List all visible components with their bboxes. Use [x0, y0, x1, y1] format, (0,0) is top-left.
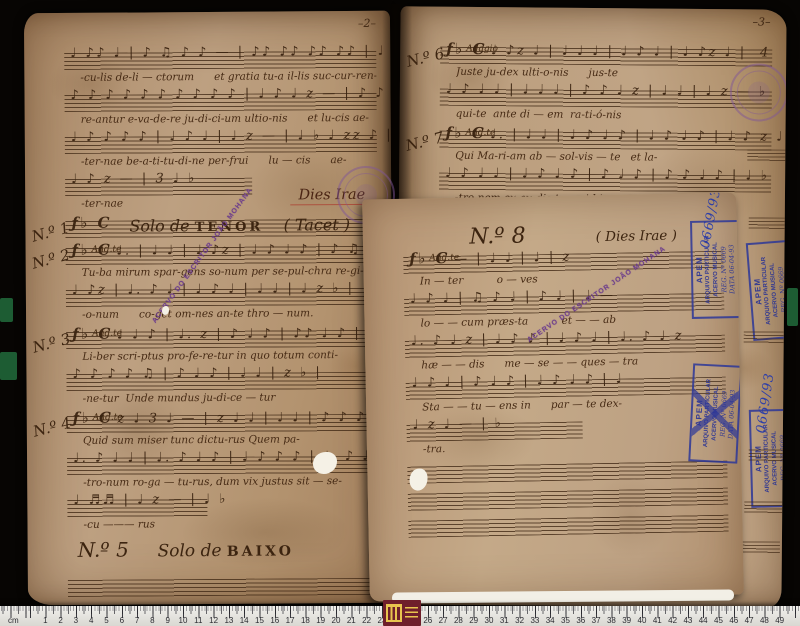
notes-line: ƒ♭ C♩. | ♩ ♩ | ♩ ♪ ♩ ♪ | ♩ ♪ ♩ ♪ | ♩ ♪ z… [445, 124, 786, 145]
logo-text-lines [405, 607, 418, 619]
note-glyphs: ♩. ♪ ♩ ♩ | ♩. ♪ ♩ ♪ | ♩ ♪ ♪ ♪ | ♩. ♪ ♩ ♪… [73, 449, 394, 466]
staff-system: ♩ ♪ ♩ | ♪ ♩ ♪ | ♩ ♪ ♩ ♪ | ♩Sta — — tu — … [406, 377, 727, 415]
ruler-number: 38 [607, 616, 616, 625]
staff: ƒ♭ C♩. | ♩ ♩ | ♩ ♪z | ♩ ♪ ♩ ♪ | ♪ ♫ ♪ | … [66, 246, 378, 265]
notes-line: ƒ♭ C— | ♩ ♩ | ♩ | z [409, 247, 572, 268]
lyrics-line: Tu-ba mirum spar-gens so-num per se-pul-… [82, 265, 378, 280]
ruler-number: 29 [469, 616, 478, 625]
lyrics-line: -ne-tur Unde mundus ju-di-ce — tur [83, 391, 379, 406]
lyrics-line: -ter-nae be-a-ti-tu-di-ne per-frui lu — … [81, 154, 377, 169]
note-glyphs: ♩ ♬♬ | ♩ z — | ♩ ♭ [73, 492, 228, 508]
lyrics-line: Juste ju-dex ulti-o-nis jus-te [456, 66, 772, 82]
staff-system: ♩. ♪ ♩ z | ♩ ♪ ♪ | ♩ ♪ ♩ | ♩. ♪ ♩ zhæ — … [405, 335, 726, 373]
ruler-number: 12 [209, 616, 218, 625]
stamp-line: DATA 06-04-93 [786, 414, 787, 502]
note-glyphs: ♩ ♩ ♪ | ♩. z | ♪ ♩ ♪ | ♪♪ ♩ ♪ | ♩ ♪♪ ♫ ♪… [117, 325, 394, 342]
ruler-number: 35 [561, 616, 570, 625]
note-glyphs: ♩. | ♩ ♩ | ♩ ♪z | ♩ ♪ ♩ ♪ | ♪ ♫ ♪ | ♪♪ ♪… [116, 241, 394, 258]
archive-logo [383, 600, 421, 626]
staff-system: N.º 6Adagioƒ♭ C♩ ♪z ♩ | ♩ ♩ ♩ | ♩ ♪ ♩ | … [440, 47, 772, 82]
loose-sheet-music: And.teƒ♭ C— | ♩ ♩ | ♩ | zIn — ter o — ve… [363, 250, 742, 538]
section-subtitle: ( Dies Irae ) [595, 228, 677, 246]
ruler-number: 2 [58, 616, 62, 625]
ruler-number: 4 [89, 616, 93, 625]
clef-icon: ƒ♭ C [72, 241, 113, 259]
ruler-number: 36 [576, 616, 585, 625]
notes-line: ♩ ♪ ♩ ♩ | ♩ ♩ ♩ | ♪ ♪ ♩ z | ♩ ♩ | ♩ z — … [446, 82, 768, 100]
notes-line: ♩ ♪♪ ♩ | ♪ ♫ ♪ ♪ — | ♪♪ ♪♪ ♪♪ ♪♪ | ♩ ♪z … [70, 43, 394, 61]
right-page-music: N.º 6Adagioƒ♭ C♩ ♪z ♩ | ♩ ♩ ♩ | ♩ ♪ ♩ | … [399, 6, 787, 207]
staff-fragment [749, 449, 787, 461]
ruler-number: 42 [668, 616, 677, 625]
heading-number: N.º 5 [78, 538, 129, 562]
ruler-number: 1 [43, 616, 47, 625]
staff: ♪ ♪ ♪ ♪ ♪ ♪ ♪ ♪ ♪ ♪ | ♩ ♪ ♩ z — | ♪ ♪ ♪ … [65, 93, 377, 112]
staff: ♩ ♪♪ ♩ | ♪ ♫ ♪ ♪ — | ♪♪ ♪♪ ♪♪ ♪♪ | ♩ ♪z … [64, 51, 376, 70]
staff-system: ♪ ♪ ♪ ♪ ♪ ♪ ♪ ♪ ♪ ♪ | ♩ ♪ ♩ z — | ♪ ♪ ♪ … [65, 93, 377, 127]
ruler-number: 30 [485, 616, 494, 625]
ruler-number: 39 [622, 616, 631, 625]
ruler-number: 7 [135, 616, 139, 625]
staff [408, 515, 728, 538]
note-glyphs: ♩ ♪z | ♩. ♪ ♩ | ♩ ♪ ♩ | ♩ ♩ | ♩ z ♭ | [72, 281, 355, 298]
binding-cloth-fragment [0, 352, 17, 380]
notes-line: ♩. ♪ ♩ ♩ | ♩. ♪ ♩ ♪ | ♩ ♪ ♪ ♪ | ♩. ♪ ♩ ♪… [73, 449, 394, 466]
note-glyphs: ♩ ♪ ♩ ♩ | ♩ ♩ ♩ | ♪ ♪ ♩ z | ♩ ♩ | ♩ z — … [446, 82, 768, 100]
notes-line: ♩ ♪ z — | 3 ♩ ♭ [71, 171, 197, 187]
notes-line: ƒ♭ C♩ ♪z ♩ | ♩ ♩ ♩ | ♩ ♪ ♩ | ♩ ♪z ♩ | 4 [446, 40, 771, 61]
round-archive-stamp-icon [730, 63, 787, 122]
staff-system: — segue — [68, 578, 380, 605]
staff: ♩ ♪z | ♩. ♪ ♩ | ♩ ♪ ♩ | ♩ ♩ | ♩ z ♭ | [66, 288, 378, 307]
staff-fragment [747, 149, 786, 161]
binding-cloth-fragment [0, 298, 13, 322]
notes-line: ♩ ♪ ♩ ♩ | ♩ ♪ ♩ ♪ | ♪ ♩ ♪ | ♪ ♪ ♩ ♪ | ♩ … [445, 166, 769, 184]
ruler-number: 6 [120, 616, 124, 625]
staff-system: ♩ ♪z | ♩. ♪ ♩ | ♩ ♪ ♩ | ♩ ♩ | ♩ z ♭ |-o-… [66, 288, 378, 322]
ruler-number: 26 [423, 616, 432, 625]
note-glyphs: ♪ ♪ ♪ ♪ ♪ ♪ ♪ ♪ ♪ ♪ | ♩ ♪ ♩ z — | ♪ ♪ ♪ … [70, 85, 394, 103]
ruler-number: 18 [301, 616, 310, 625]
section-heading-n8: N.º 8( Dies Irae ) [362, 192, 737, 247]
ruler-number: 34 [546, 616, 555, 625]
clef-icon: ƒ♭ C [445, 124, 486, 142]
note-glyphs: ♩. | ♩ ♩ | ♩ ♪ ♩ ♪ | ♩ ♪ ♩ ♪ | ♩ ♪ z ♩ |… [490, 127, 786, 145]
heading-script: ( Tacet ) [263, 215, 350, 235]
lyrics-line: -o-num co-get om-nes an-te thro — num. [82, 307, 378, 322]
note-glyphs: ♩ ♪ ♪ ♪ ♪ | ♩ ♪ ♩ | ♩ z — | ♩ ♭ ♩ zz ♪ | [71, 128, 393, 145]
ruler-number: 20 [332, 616, 341, 625]
ruler-number: 46 [729, 616, 738, 625]
staff-heading: Solo de TENOR ( Tacet ) [129, 215, 350, 236]
note-glyphs: z ♩ 3 ♩ — | z ♩ ♩ | ♩ ♩ | ♪ ♪ ♪ ♫ ♪♪ | [117, 409, 394, 426]
ruler-number: 43 [683, 616, 692, 625]
staff-system: ♩ z ♩ — | ♭-tra. [407, 419, 728, 457]
staff-system: N.º 3And.teƒ♭ C♩ ♩ ♪ | ♩. z | ♪ ♩ ♪ | ♪♪… [66, 330, 378, 364]
ruler-number: 10 [179, 616, 188, 625]
ruler-unit-label: cm [8, 616, 19, 625]
staff-system [408, 515, 728, 538]
note-glyphs: ♩ ♪ z — | 3 ♩ ♭ [71, 171, 197, 187]
notes-line: ♩ z ♩ — | ♭ [412, 416, 503, 433]
staff: ♩ ♪ ♪ ♪ ♪ | ♩ ♪ ♩ | ♩ z — | ♩ ♭ ♩ zz ♪ | [65, 135, 377, 154]
clef-icon: ƒ♭ C [73, 409, 114, 427]
ruler-number: 9 [165, 616, 169, 625]
staff: ƒ♭ C♩ ♩ ♪ | ♩. z | ♪ ♩ ♪ | ♪♪ ♩ ♪ | ♩ ♪♪… [66, 330, 378, 349]
ruler-number: 14 [240, 616, 249, 625]
note-glyphs: ♩ ♪ ♩ | ♪ ♩ ♪ | ♩ ♪ ♩ ♪ | ♩ [412, 372, 625, 391]
staff-system: N.º 2And.teƒ♭ C♩. | ♩ ♩ | ♩ ♪z | ♩ ♪ ♩ ♪… [66, 246, 378, 280]
staff-fragment [740, 541, 780, 553]
lyrics-line: Li-ber scri-ptus pro-fe-re-tur in quo to… [82, 349, 378, 364]
building-icon [386, 604, 402, 622]
staff-system: N.º 7And.teƒ♭ C♩. | ♩ ♩ | ♩ ♪ ♩ ♪ | ♩ ♪ … [439, 131, 771, 166]
staff: ƒ♭ Cz ♩ 3 ♩ — | z ♩ ♩ | ♩ ♩ | ♪ ♪ ♪ ♫ ♪♪… [67, 414, 379, 433]
staff: ♩ ♪ z — | 3 ♩ ♭ [65, 178, 252, 196]
ruler-number: 40 [638, 616, 647, 625]
notes-line: ƒ♭ Cz ♩ 3 ♩ — | z ♩ ♩ | ♩ ♩ | ♪ ♪ ♪ ♫ ♪♪… [73, 406, 394, 426]
staff [408, 488, 728, 511]
section-heading: N.º 5 Solo de BAIXO [68, 536, 380, 570]
ruler-number: 45 [714, 616, 723, 625]
ruler-number: 32 [515, 616, 524, 625]
heading-script: Solo de [129, 216, 194, 235]
ruler-number: 16 [270, 616, 279, 625]
staff-system: ♩ ♪♪ ♩ | ♪ ♫ ♪ ♪ — | ♪♪ ♪♪ ♪♪ ♪♪ | ♩ ♪z … [64, 51, 376, 85]
staff-system [408, 488, 728, 511]
staff-system [407, 461, 727, 484]
lyrics-line: -cu-lis de-li — ctorum et gratia tu-a il… [80, 70, 376, 85]
note-glyphs: — | ♩ ♩ | ♩ | z [454, 250, 572, 267]
ruler-number: 3 [74, 616, 78, 625]
notes-line: ♪ ♪ ♪ ♪ ♫ | ♪ ♩ ♪ | ♩ ♩ | z ♭ | [72, 365, 322, 382]
clef-icon: ƒ♭ C [71, 214, 112, 232]
clef-icon: ƒ♭ C [409, 249, 450, 268]
ruler-number: 41 [653, 616, 662, 625]
lyrics-line: -tro-num ro-ga — tu-rus, dum vix justus … [83, 475, 379, 490]
ruler-number: 37 [592, 616, 601, 625]
staff-system: ♩ ♪ z — | 3 ♩ ♭-ter-naeDies Irae [65, 177, 377, 211]
ruler-number: 44 [699, 616, 708, 625]
staff-system: And.teƒ♭ C— | ♩ ♩ | ♩ | zIn — ter o — ve… [403, 251, 724, 289]
manuscript-scan: –2– ♩ ♪♪ ♩ | ♪ ♫ ♪ ♪ — | ♪♪ ♪♪ ♪♪ ♪♪ | ♩… [0, 0, 800, 626]
note-glyphs: ♪ ♪ ♪ ♪ ♫ | ♪ ♩ ♪ | ♩ ♩ | z ♭ | [72, 365, 322, 382]
notes-line: ƒ♭ C [71, 214, 116, 232]
ruler-number: 11 [194, 616, 202, 625]
ruler-number: 28 [454, 616, 463, 625]
lyrics-line: -cu ——— rus [83, 517, 379, 532]
segue-marking: — segue — [68, 601, 380, 605]
voice-name: BAIXO [227, 543, 294, 559]
ruler-number: 27 [439, 616, 448, 625]
staff: ♩ ♪ ♩ ♩ | ♩ ♩ ♩ | ♪ ♪ ♩ z | ♩ ♩ | ♩ z — … [440, 89, 772, 109]
note-glyphs: ♩ z ♩ — | ♭ [412, 416, 503, 433]
note-glyphs: ♩ ♪z ♩ | ♩ ♩ ♩ | ♩ ♪ ♩ | ♩ ♪z ♩ | 4 [491, 43, 771, 60]
notes-line: ♩ ♪ ♩ | ♪ ♩ ♪ | ♩ ♪ ♩ ♪ | ♩ [412, 372, 625, 391]
staff-fragment [744, 501, 784, 513]
cross-out-mark [690, 365, 740, 461]
archive-registry-stamp: APEMARQUIVO PARTICULARACERVO MUSICALREG.… [746, 239, 787, 341]
staff [68, 578, 380, 597]
lyrics-line: Qui Ma-ri-am ab — sol-vis — te et la- [455, 150, 771, 166]
staff-system: ♩ ♬♬ | ♩ z — | ♩ ♭-cu ——— rus [67, 498, 379, 532]
lyrics-line: qui-te ante di — em ra-ti-ó-nis [456, 108, 772, 124]
staff-system: ♩ ♪ ♩ ♩ | ♩ ♩ ♩ | ♪ ♪ ♩ z | ♩ ♩ | ♩ z — … [440, 89, 772, 124]
clef-icon: ƒ♭ C [446, 40, 487, 58]
ruler-number: 21 [347, 616, 356, 625]
staff-system: N.º 4And.teƒ♭ Cz ♩ 3 ♩ — | z ♩ ♩ | ♩ ♩ |… [67, 414, 379, 448]
notes-line: ƒ♭ C♩ ♩ ♪ | ♩. z | ♪ ♩ ♪ | ♪♪ ♩ ♪ | ♩ ♪♪… [72, 322, 394, 343]
section-number: N.º 8 [469, 223, 526, 249]
ruler-number: 8 [150, 616, 154, 625]
loose-sheet: N.º 8( Dies Irae ) And.teƒ♭ C— | ♩ ♩ | ♩… [362, 192, 744, 601]
ruler-number: 15 [255, 616, 264, 625]
left-page-music: ♩ ♪♪ ♩ | ♪ ♫ ♪ ♪ — | ♪♪ ♪♪ ♪♪ ♪♪ | ♩ ♪z … [24, 11, 394, 606]
lyrics-line: re-antur e-va-de-re ju-di-ci-um ultio-ni… [81, 112, 377, 127]
staff-fragment [749, 217, 787, 229]
ruler-number: 5 [104, 616, 108, 625]
binding-cloth-fragment [787, 288, 798, 326]
clef-icon: ƒ♭ C [72, 325, 113, 343]
left-page: –2– ♩ ♪♪ ♩ | ♪ ♫ ♪ ♪ — | ♪♪ ♪♪ ♪♪ ♪♪ | ♩… [24, 11, 394, 606]
staff: ♪ ♪ ♪ ♪ ♫ | ♪ ♩ ♪ | ♩ ♩ | z ♭ | [66, 372, 378, 391]
ruler-number: 48 [760, 616, 769, 625]
ruler-number: 31 [500, 616, 509, 625]
staff: ♩ z ♩ — | ♭ [407, 421, 583, 441]
heading-script: Solo de [147, 541, 227, 562]
archive-registry-stamp: APEMARQUIVO PARTICULARACERVO MUSICALREG.… [688, 363, 742, 463]
staff: ƒ♭ C♩ ♪z ♩ | ♩ ♩ ♩ | ♩ ♪ ♩ | ♩ ♪z ♩ | 4 [440, 47, 772, 67]
ruler-number: 33 [530, 616, 539, 625]
ruler-number: 47 [745, 616, 754, 625]
staff: ♩ ♬♬ | ♩ z — | ♩ ♭ [67, 499, 208, 517]
staff-system: ♩ ♪ ♪ ♪ ♪ | ♩ ♪ ♩ | ♩ z — | ♩ ♭ ♩ zz ♪ |… [65, 135, 377, 169]
notes-line: ƒ♭ C♩. | ♩ ♩ | ♩ ♪z | ♩ ♪ ♩ ♪ | ♪ ♫ ♪ | … [72, 238, 395, 259]
staff-fragment [744, 331, 784, 343]
staff [407, 461, 727, 484]
lyrics-line: Quid sum miser tunc dictu-rus Quem pa- [83, 433, 379, 448]
staff: ƒ♭ C♩. | ♩ ♩ | ♩ ♪ ♩ ♪ | ♩ ♪ ♩ ♪ | ♩ ♪ z… [439, 131, 771, 151]
staff: ♩ ♪ ♩ ♩ | ♩ ♪ ♩ ♪ | ♪ ♩ ♪ | ♪ ♪ ♩ ♪ | ♩ … [439, 173, 771, 193]
notes-line: ♩ ♪ ♪ ♪ ♪ | ♩ ♪ ♩ | ♩ z — | ♩ ♭ ♩ zz ♪ | [71, 128, 393, 145]
ruler-number: 22 [362, 616, 371, 625]
note-glyphs: ♩ ♪ ♩ ♩ | ♩ ♪ ♩ ♪ | ♪ ♩ ♪ | ♪ ♪ ♩ ♪ | ♩ … [445, 166, 769, 184]
ruler-number: 13 [224, 616, 233, 625]
ruler-number: 19 [316, 616, 325, 625]
staff-system: ♪ ♪ ♪ ♪ ♫ | ♪ ♩ ♪ | ♩ ♩ | z ♭ |-ne-tur U… [66, 372, 378, 406]
ruler-number: 17 [286, 616, 295, 625]
notes-line: ♪ ♪ ♪ ♪ ♪ ♪ ♪ ♪ ♪ ♪ | ♩ ♪ ♩ z — | ♪ ♪ ♪ … [70, 85, 394, 103]
notes-line: ♩ ♬♬ | ♩ z — | ♩ ♭ [73, 492, 228, 508]
stamp-line: DATA 06-04-93 [727, 225, 737, 313]
ruler-number: 49 [775, 616, 784, 625]
note-glyphs: ♩ ♪♪ ♩ | ♪ ♫ ♪ ♪ — | ♪♪ ♪♪ ♪♪ ♪♪ | ♩ ♪z … [70, 43, 394, 61]
notes-line: ♩ ♪z | ♩. ♪ ♩ | ♩ ♪ ♩ | ♩ ♩ | ♩ z ♭ | [72, 281, 355, 298]
